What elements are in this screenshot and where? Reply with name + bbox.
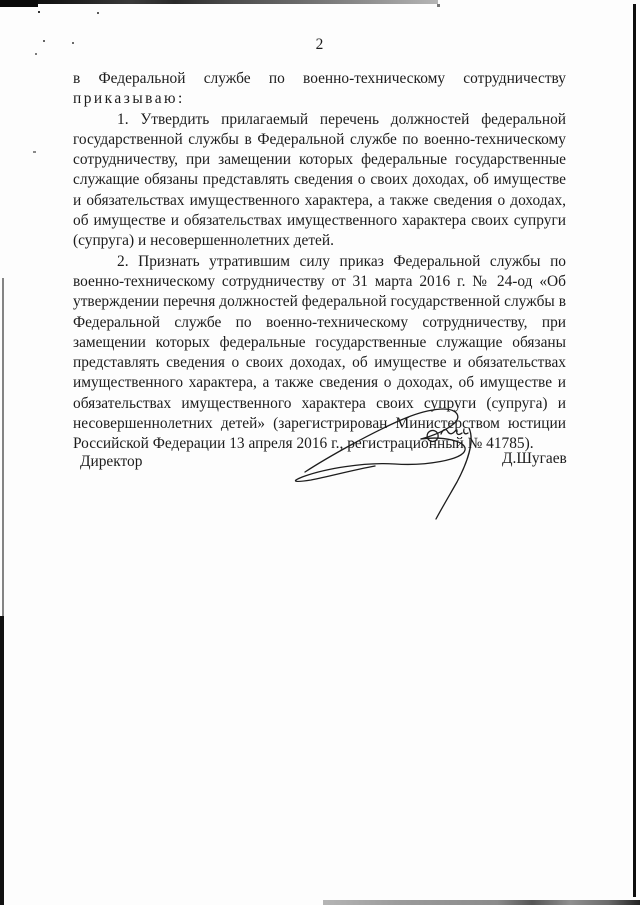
document-page: 2 в Федеральной службе по военно-техниче…: [0, 0, 640, 905]
signature-name: Д.Шугаев: [502, 450, 567, 468]
decree-word: приказываю:: [73, 89, 566, 109]
paragraph-1: 1. Утвердить прилагаемый перечень должно…: [73, 110, 566, 252]
scan-artifact-top-dot: [437, 4, 440, 7]
intro-line: в Федеральной службе по военно-техническ…: [73, 69, 566, 89]
signature-scribble: [283, 401, 483, 523]
scan-artifact-right-edge-line: [633, 4, 636, 897]
scan-artifact-bottom-bar: [323, 900, 640, 905]
scan-speck: [38, 11, 40, 13]
scan-speck: [43, 40, 45, 42]
scan-artifact-top-corner: [0, 0, 38, 7]
signature-title: Директор: [80, 453, 142, 471]
scan-artifact-left-black-bar: [0, 616, 4, 905]
scan-speck: [35, 53, 37, 55]
scan-artifact-top-bar: [0, 0, 438, 4]
document-body: в Федеральной службе по военно-техническ…: [73, 69, 566, 455]
page-number: 2: [73, 36, 566, 54]
scan-artifact-left-gray-line: [2, 278, 4, 616]
scan-speck: [97, 12, 99, 14]
scan-speck: [33, 151, 36, 153]
